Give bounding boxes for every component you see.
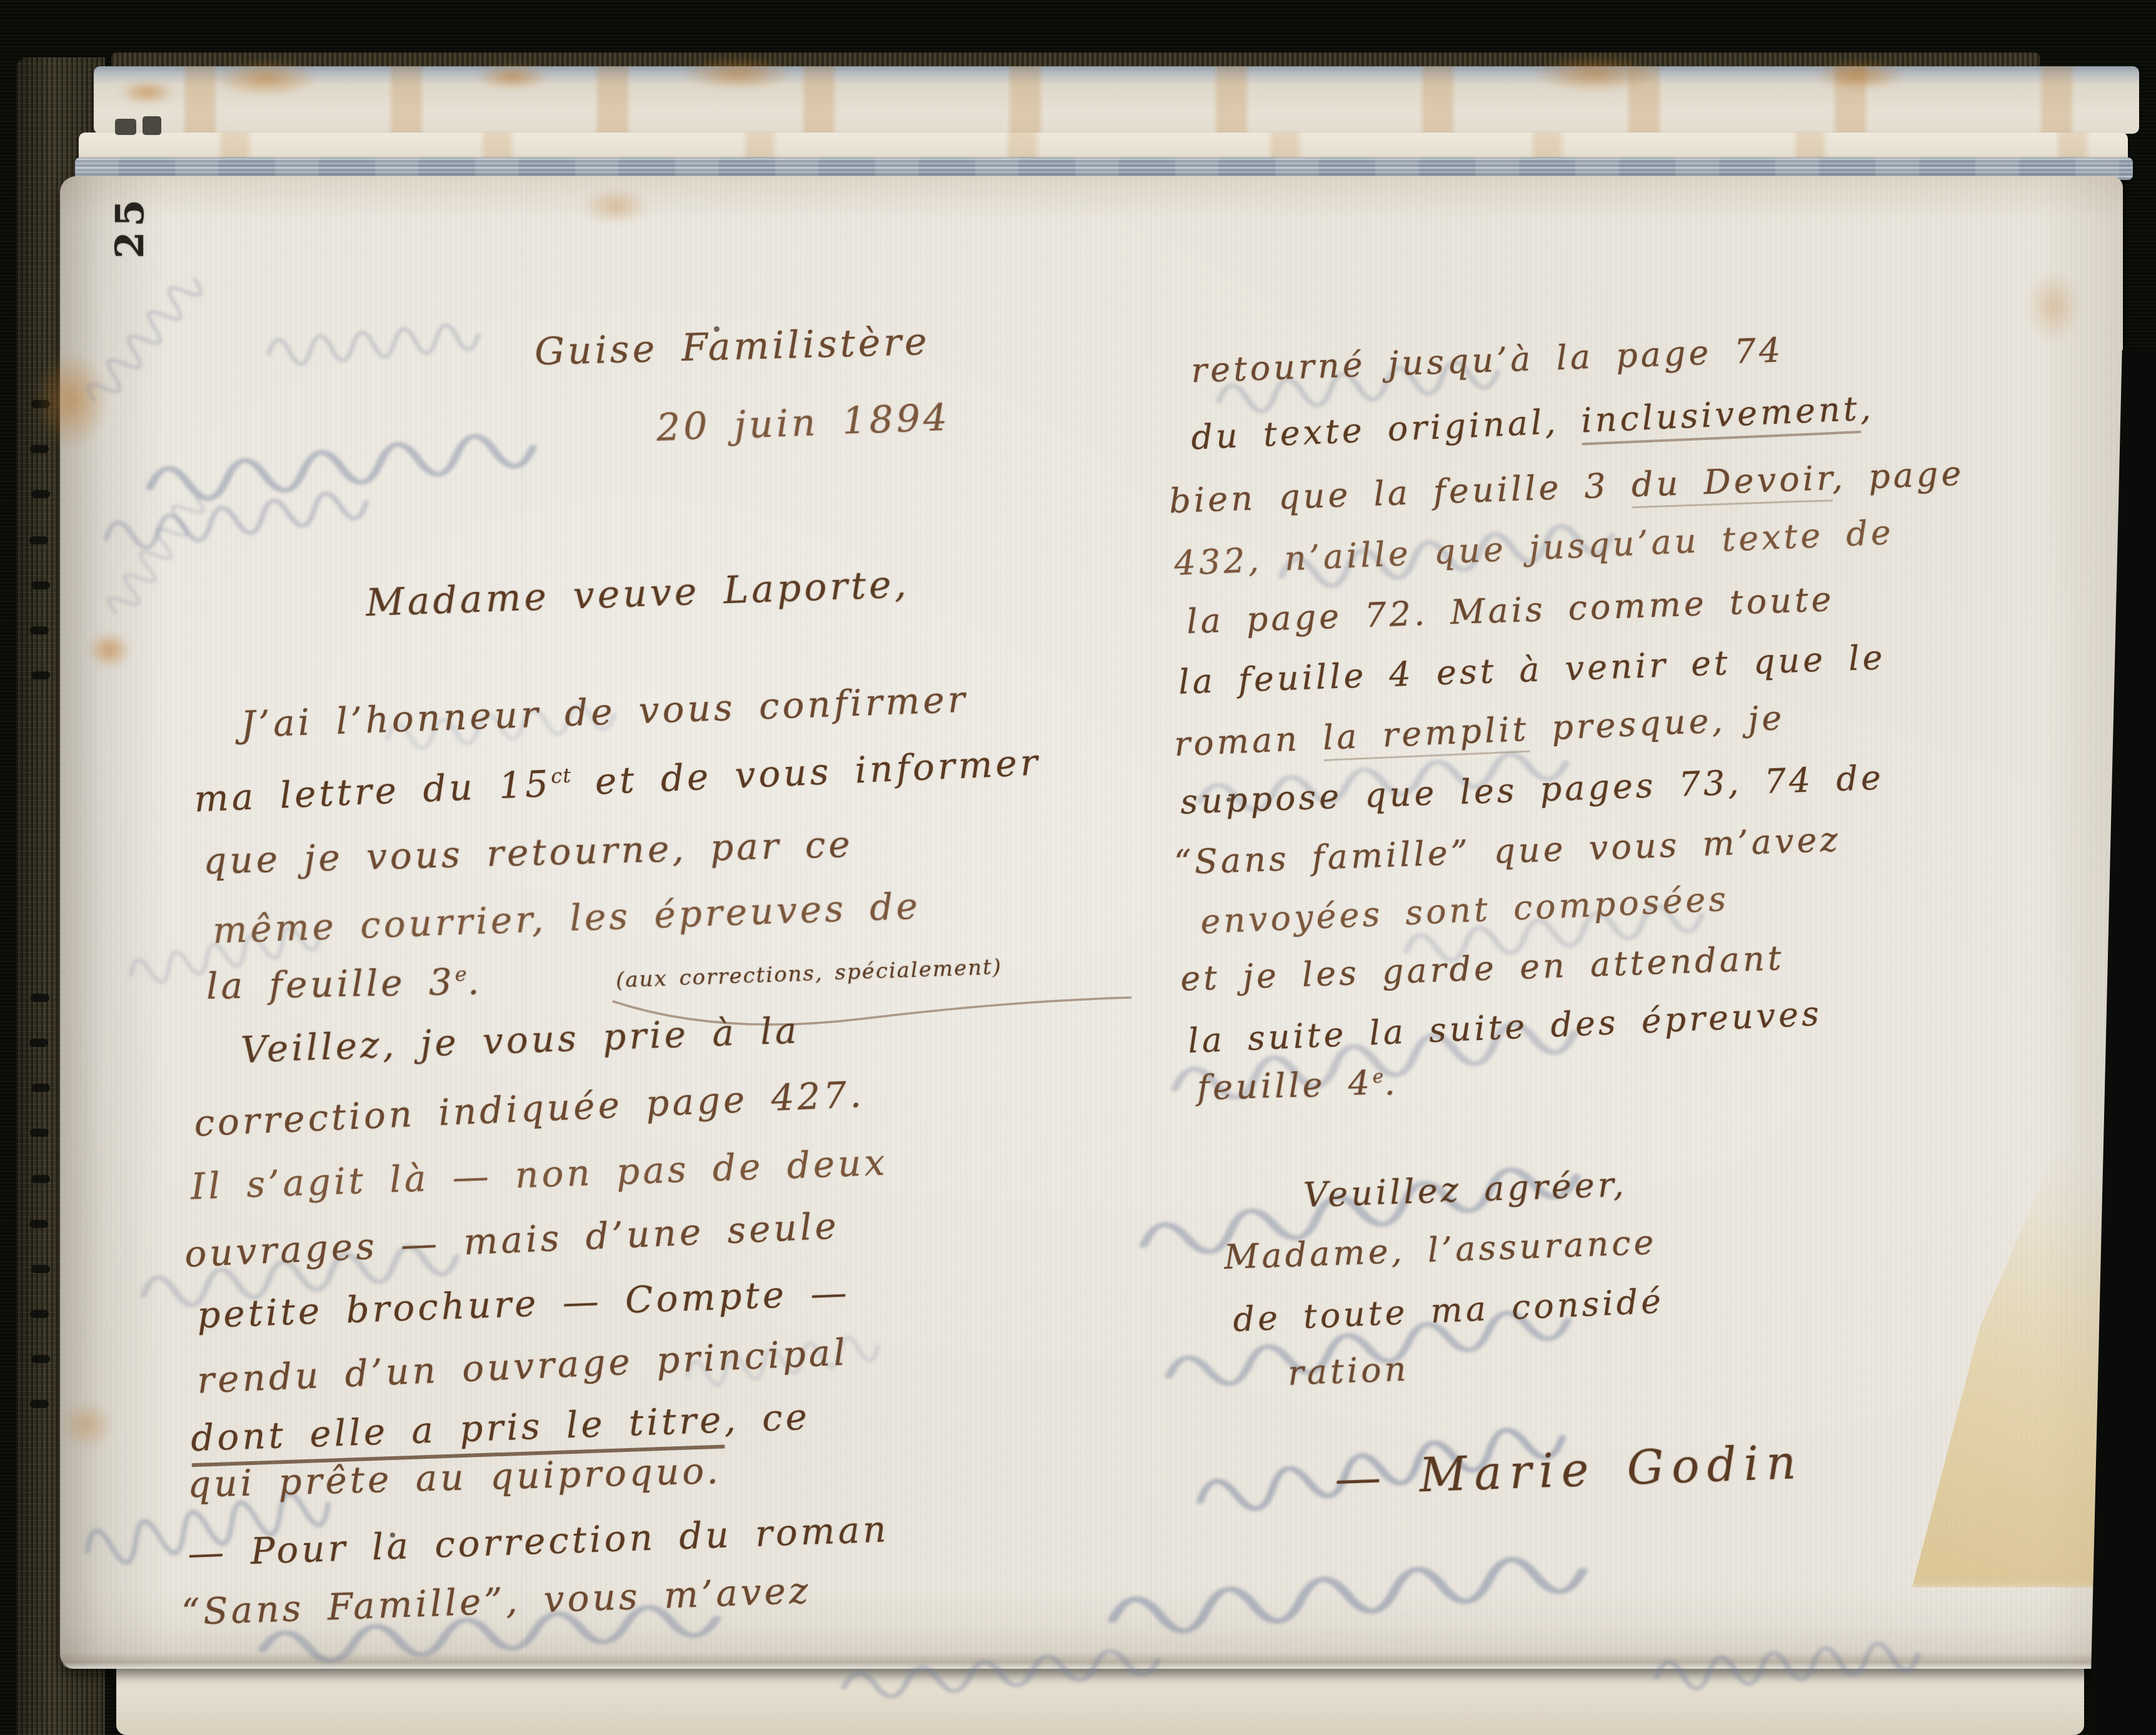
underlined-phrase: du Devoir bbox=[1631, 458, 1833, 508]
spine-stitch bbox=[31, 490, 50, 498]
spine-stitch bbox=[31, 581, 50, 589]
spine-stitch bbox=[30, 445, 49, 453]
closing-line: ration bbox=[1287, 1349, 1410, 1393]
line-segment: la feuille 3 bbox=[206, 961, 455, 1007]
superscript: e bbox=[454, 962, 468, 986]
spine-stitch bbox=[30, 1400, 49, 1408]
underlined-phrase: la remplit bbox=[1322, 709, 1530, 761]
spine-stitch bbox=[31, 1175, 50, 1183]
stamp-remnant bbox=[115, 119, 136, 135]
page-number-stamp: 25 bbox=[98, 197, 173, 272]
spine-stitch bbox=[31, 1355, 50, 1363]
ink-speck bbox=[714, 326, 720, 332]
page-stack-edge-1 bbox=[94, 66, 2139, 134]
page-bottom-curl bbox=[60, 1652, 2123, 1669]
line-segment: feuille 4 bbox=[1196, 1064, 1373, 1107]
spine-stitch bbox=[31, 1084, 50, 1092]
spine-stitch bbox=[31, 1265, 50, 1273]
spine-stitch bbox=[29, 1220, 48, 1228]
spine-stitch bbox=[29, 1039, 48, 1047]
spine-stitch bbox=[31, 671, 50, 679]
line-segment: roman bbox=[1173, 718, 1323, 764]
page-number: 25 bbox=[107, 194, 153, 258]
letter-line: feuille 4e. bbox=[1196, 1063, 1398, 1107]
spine-stitch bbox=[31, 400, 50, 408]
line-segment: , page bbox=[1832, 454, 1965, 497]
superscript: e bbox=[1372, 1066, 1384, 1087]
letter-line: la feuille 3e. bbox=[206, 960, 482, 1007]
spine-stitch bbox=[31, 994, 49, 1002]
letterbook-photo: 25 bbox=[0, 0, 2156, 1735]
spine-stitch bbox=[30, 1129, 49, 1137]
spine-stitch bbox=[30, 626, 49, 634]
line-segment: . bbox=[467, 960, 483, 1002]
line-segment: . bbox=[1384, 1063, 1399, 1103]
stamp-remnant bbox=[143, 116, 161, 135]
spine-stitch bbox=[30, 1310, 49, 1318]
spine-stitch bbox=[29, 536, 48, 544]
ink-speck bbox=[1226, 797, 1231, 802]
superscript: ct bbox=[550, 763, 571, 787]
ink-speck bbox=[390, 1532, 395, 1537]
line-segment: , bbox=[1859, 388, 1875, 428]
paper-crease bbox=[1151, 201, 1154, 1639]
line-segment: , ce bbox=[723, 1396, 811, 1441]
